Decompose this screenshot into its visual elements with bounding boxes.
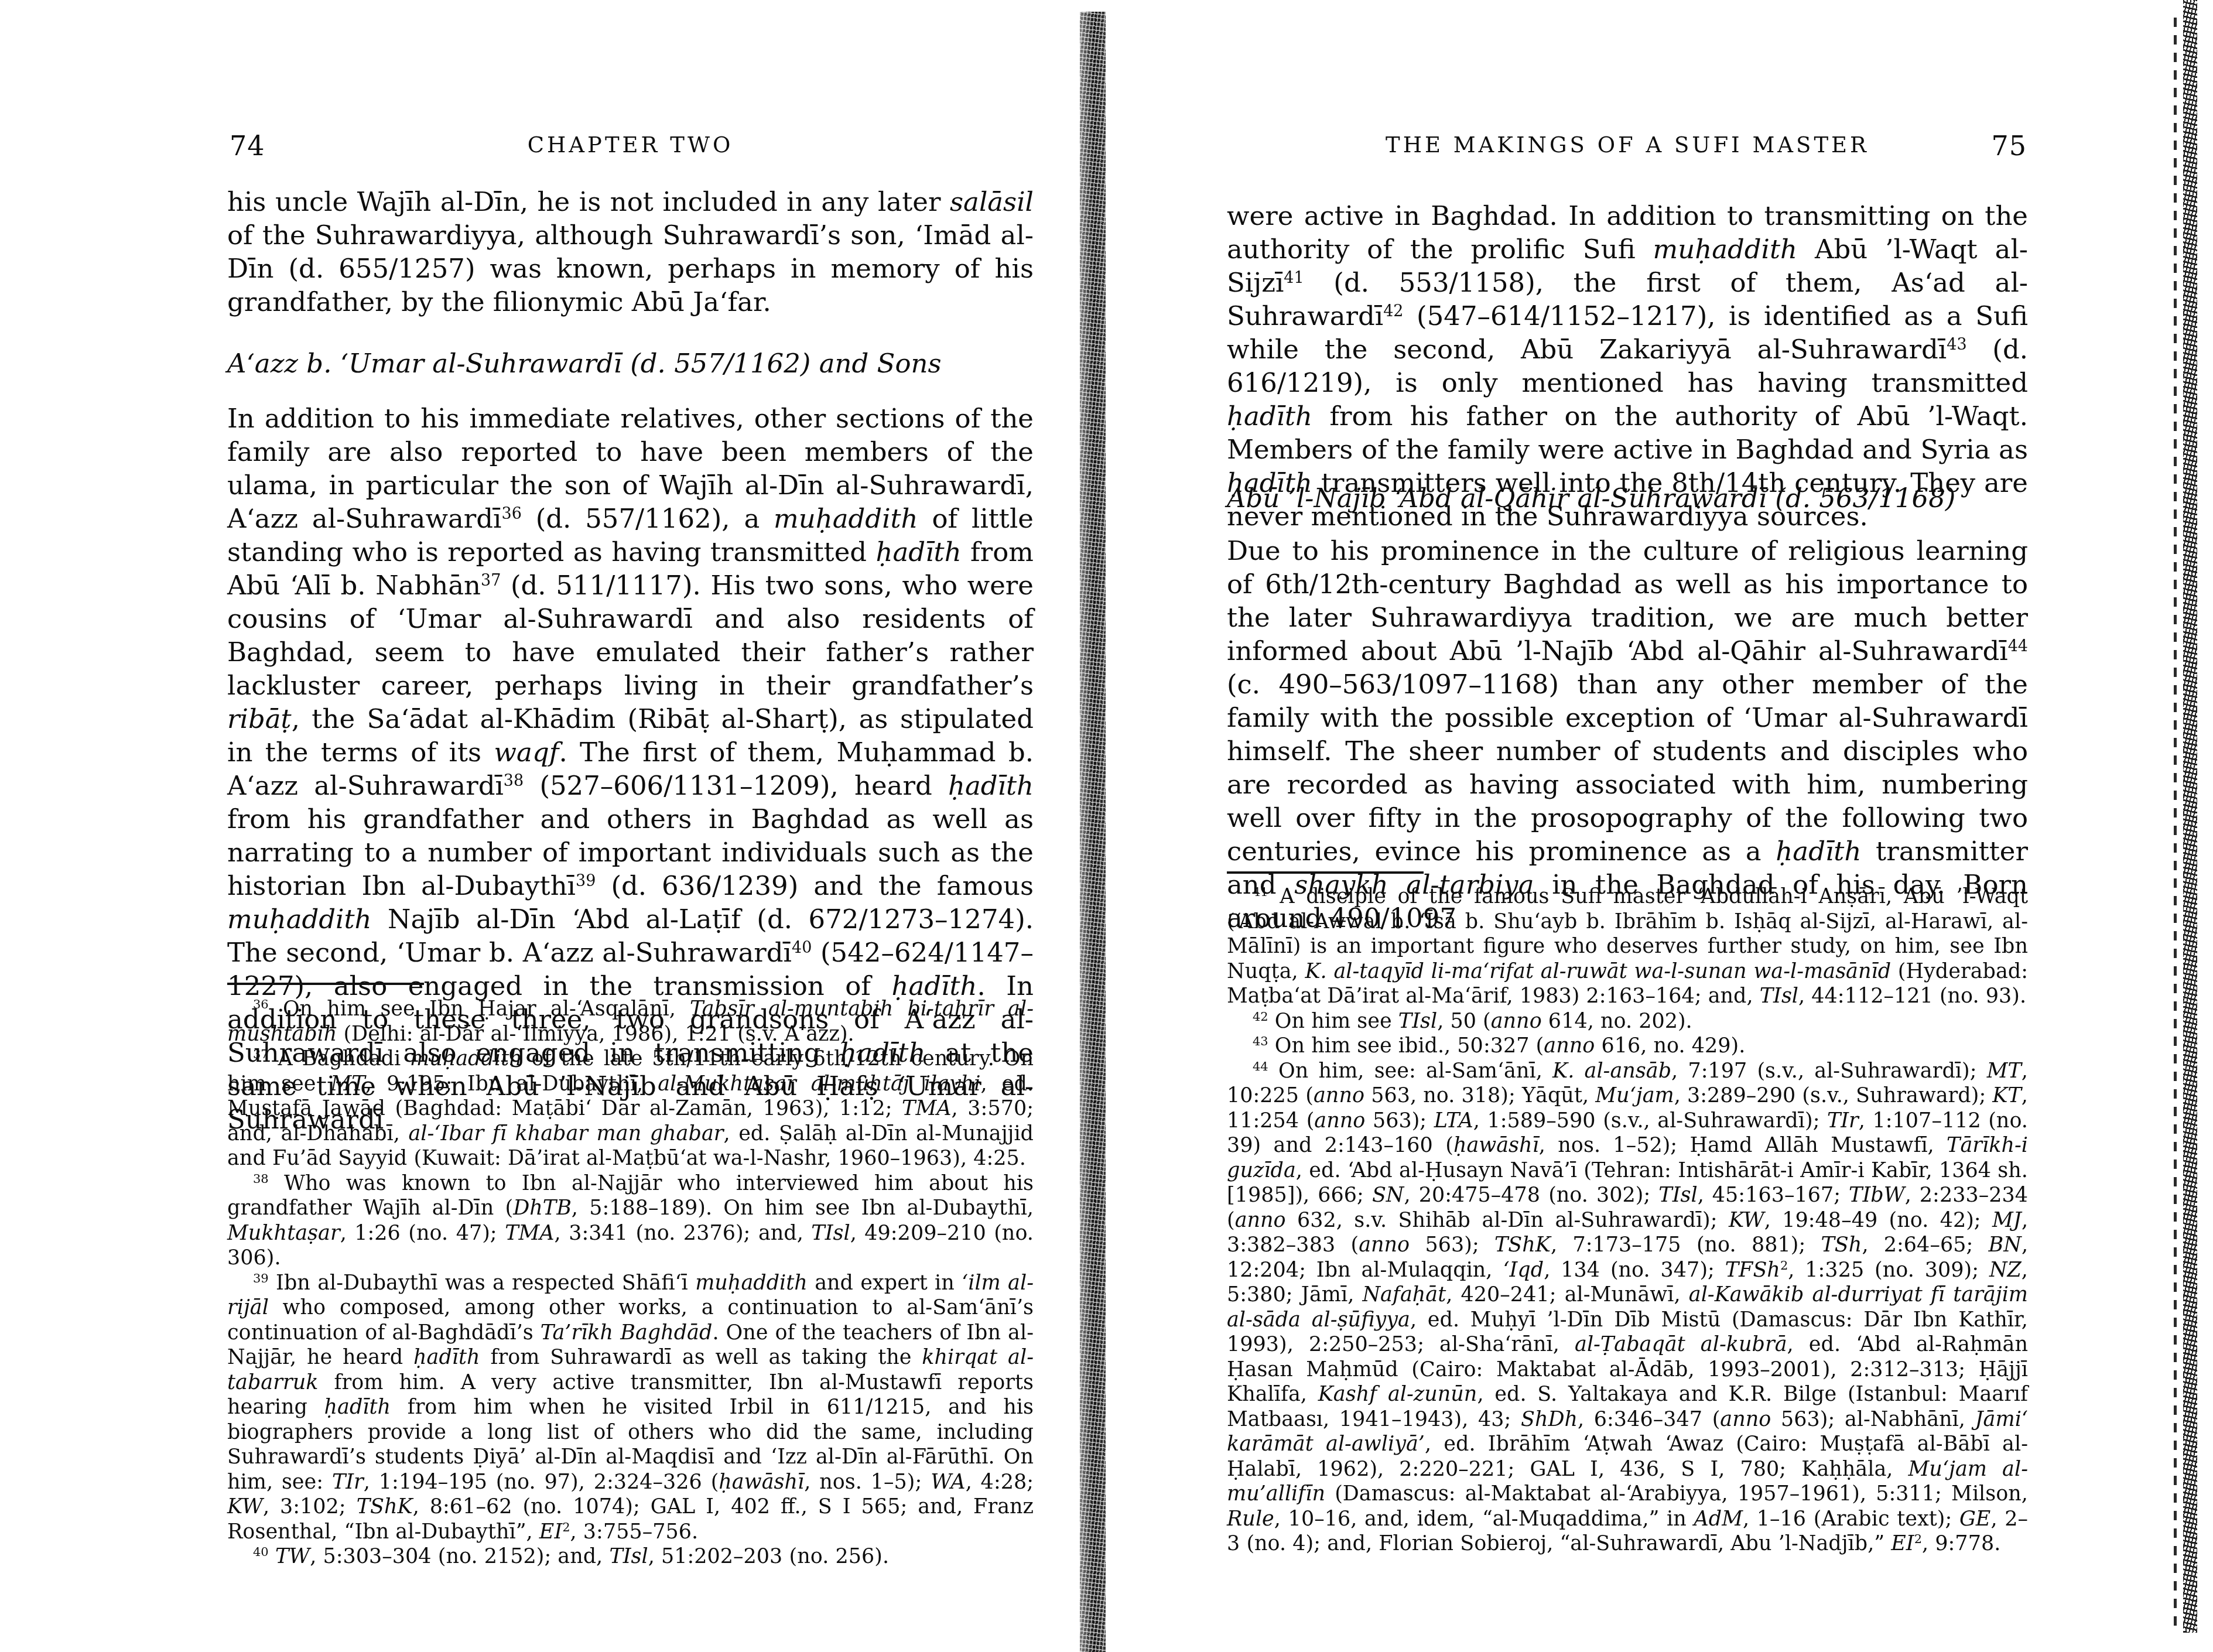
section-heading: Abū ’l-Najīb ‘Abd al-Qāhir al-Suhrawardī…: [1227, 481, 2028, 515]
page-header: 74 CHAPTER TWO: [227, 132, 1034, 167]
footnote: 36 On him see Ibn Ḥajar al-‘Asqalānī, Ta…: [227, 997, 1034, 1046]
footnote: 38 Who was known to Ibn al-Najjār who in…: [227, 1171, 1034, 1271]
page-header: THE MAKINGS OF A SUFI MASTER 75: [1227, 132, 2028, 167]
footnote: 44 On him, see: al-Sam‘ānī, K. al-ansāb,…: [1227, 1059, 2028, 1557]
book-scan: 74 CHAPTER TWO his uncle Wajīh al-Dīn, h…: [0, 0, 2213, 1652]
footnote: 37 A Baghdadi muḥaddith of the late 5th/…: [227, 1046, 1034, 1171]
footnote: 43 On him see ibid., 50:327 (anno 616, n…: [1227, 1034, 2028, 1059]
page-edge-dash-artifact: [2174, 18, 2177, 1631]
section-heading: A‘azz b. ‘Umar al-Suhrawardī (d. 557/116…: [227, 347, 1034, 380]
footnotes-block: 41 A disciple of the famous Sufi master …: [1227, 884, 2028, 1557]
page-75: THE MAKINGS OF A SUFI MASTER 75 were act…: [1227, 0, 2028, 1652]
footnote-rule: [227, 983, 424, 985]
footnotes-block: 36 On him see Ibn Ḥajar al-‘Asqalānī, Ta…: [227, 997, 1034, 1569]
footnote-rule: [1227, 871, 1424, 874]
running-title: CHAPTER TWO: [227, 132, 1034, 158]
running-title: THE MAKINGS OF A SUFI MASTER: [1227, 132, 2028, 158]
page-number: 74: [230, 130, 265, 162]
binding-shadow: [1080, 12, 1106, 1652]
footnote: 41 A disciple of the famous Sufi master …: [1227, 884, 2028, 1009]
footnote: 39 Ibn al-Dubaythī was a respected Shāfi…: [227, 1271, 1034, 1545]
body-paragraph: his uncle Wajīh al-Dīn, he is not includ…: [227, 185, 1034, 319]
page-edge-shadow: [2183, 0, 2197, 1633]
footnote: 40 TW, 5:303–304 (no. 2152); and, TIsl, …: [227, 1544, 1034, 1569]
footnote: 42 On him see TIsl, 50 (anno 614, no. 20…: [1227, 1009, 2028, 1034]
body-paragraph: Due to his prominence in the culture of …: [1227, 534, 2028, 935]
page-74: 74 CHAPTER TWO his uncle Wajīh al-Dīn, h…: [227, 0, 1034, 1652]
page-number: 75: [1991, 130, 2027, 162]
